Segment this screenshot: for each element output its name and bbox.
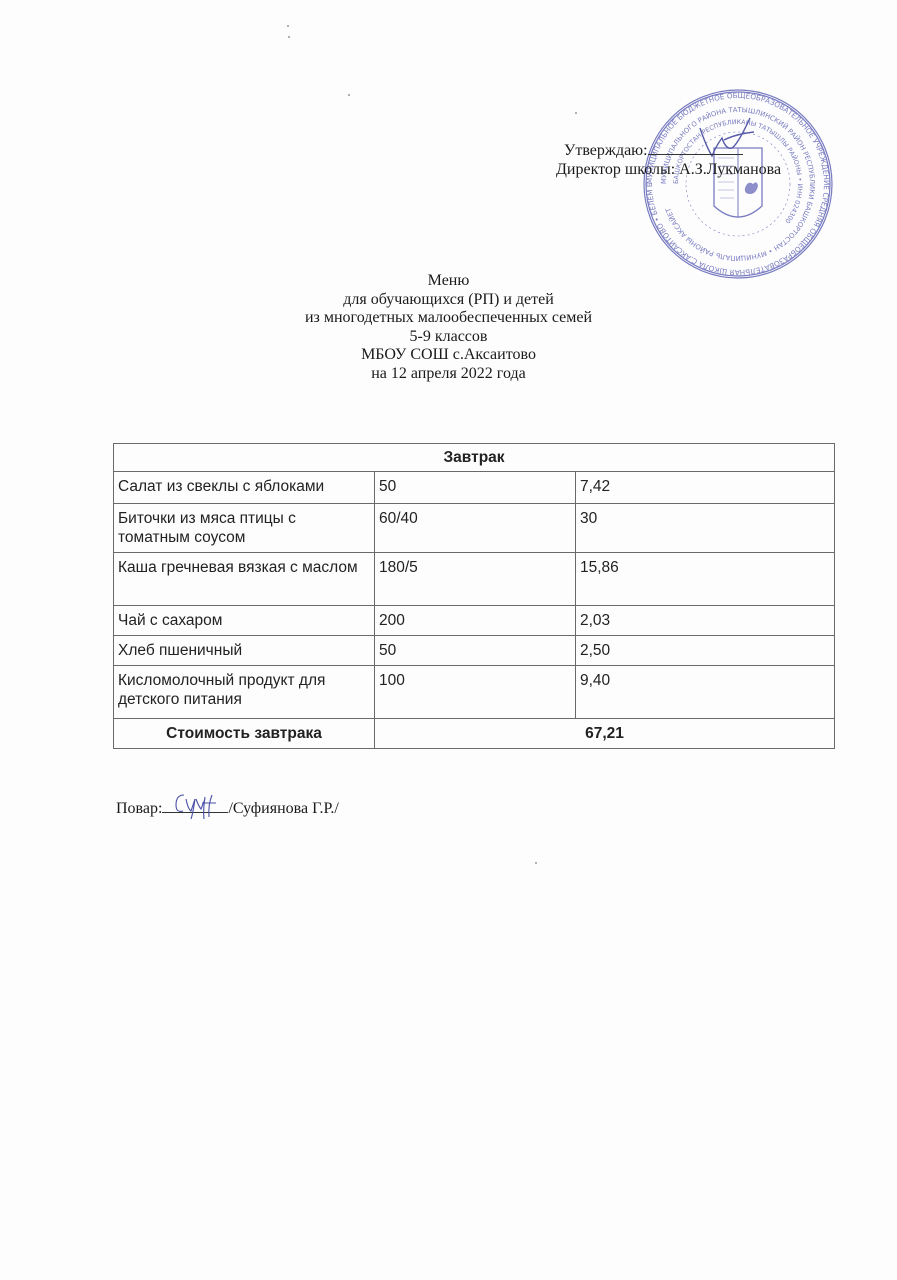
director-label: Директор школы: [556,161,675,178]
table-row: Кисломолочный продукт для детского питан… [114,666,835,719]
dish-name: Кисломолочный продукт для детского питан… [114,666,375,719]
cook-signature-block: Повар: /Суфиянова Г.Р./ [116,797,339,818]
dish-portion: 60/40 [375,504,576,553]
official-seal-stamp-icon: МУНИЦИПАЛЬНОЕ БЮДЖЕТНОЕ ОБЩЕОБРАЗОВАТЕЛЬ… [640,88,836,280]
menu-title: Меню для обучающихся (РП) и детей из мно… [0,272,897,384]
approve-label: Утверждаю: [564,142,648,159]
handwritten-signature-icon [172,789,222,821]
signature-line [648,140,743,155]
dish-portion: 180/5 [375,553,576,606]
title-line-families: из многодетных малообеспеченных семей [0,309,897,328]
table-row: Каша гречневая вязкая с маслом 180/5 15,… [114,553,835,606]
cook-label: Повар: [116,800,162,817]
cook-name: /Суфиянова Г.Р./ [228,800,338,817]
dish-portion: 200 [375,606,576,636]
title-line-school: МБОУ СОШ с.Аксаитово [0,346,897,365]
dish-price: 15,86 [576,553,835,606]
dish-price: 9,40 [576,666,835,719]
title-line-audience: для обучающихся (РП) и детей [0,291,897,310]
total-row: Стоимость завтрака 67,21 [114,719,835,749]
dish-name: Салат из свеклы с яблоками [114,472,375,504]
scan-speck [535,862,537,864]
dish-portion: 100 [375,666,576,719]
scan-speck [348,94,350,96]
approval-block: Утверждаю: Директор школы: А.З.Лукманова [556,140,781,179]
dish-price: 7,42 [576,472,835,504]
dish-portion: 50 [375,472,576,504]
total-label: Стоимость завтрака [114,719,375,749]
scan-speck [575,112,577,114]
title-line-grades: 5-9 классов [0,328,897,347]
dish-name: Каша гречневая вязкая с маслом [114,553,375,606]
scan-speck [287,25,289,27]
signature-line [162,797,228,813]
dish-price: 2,50 [576,636,835,666]
scan-speck [288,36,290,38]
dish-name: Чай с сахаром [114,606,375,636]
table-row: Салат из свеклы с яблоками 50 7,42 [114,472,835,504]
title-line-date: на 12 апреля 2022 года [0,365,897,384]
dish-price: 2,03 [576,606,835,636]
menu-table: Завтрак Салат из свеклы с яблоками 50 7,… [113,443,835,749]
total-value: 67,21 [375,719,835,749]
dish-name: Биточки из мяса птицы с томатным соусом [114,504,375,553]
section-header: Завтрак [114,444,835,472]
dish-price: 30 [576,504,835,553]
director-name: А.З.Лукманова [679,161,781,178]
table-row: Хлеб пшеничный 50 2,50 [114,636,835,666]
dish-name: Хлеб пшеничный [114,636,375,666]
table-row: Биточки из мяса птицы с томатным соусом … [114,504,835,553]
table-row: Чай с сахаром 200 2,03 [114,606,835,636]
dish-portion: 50 [375,636,576,666]
